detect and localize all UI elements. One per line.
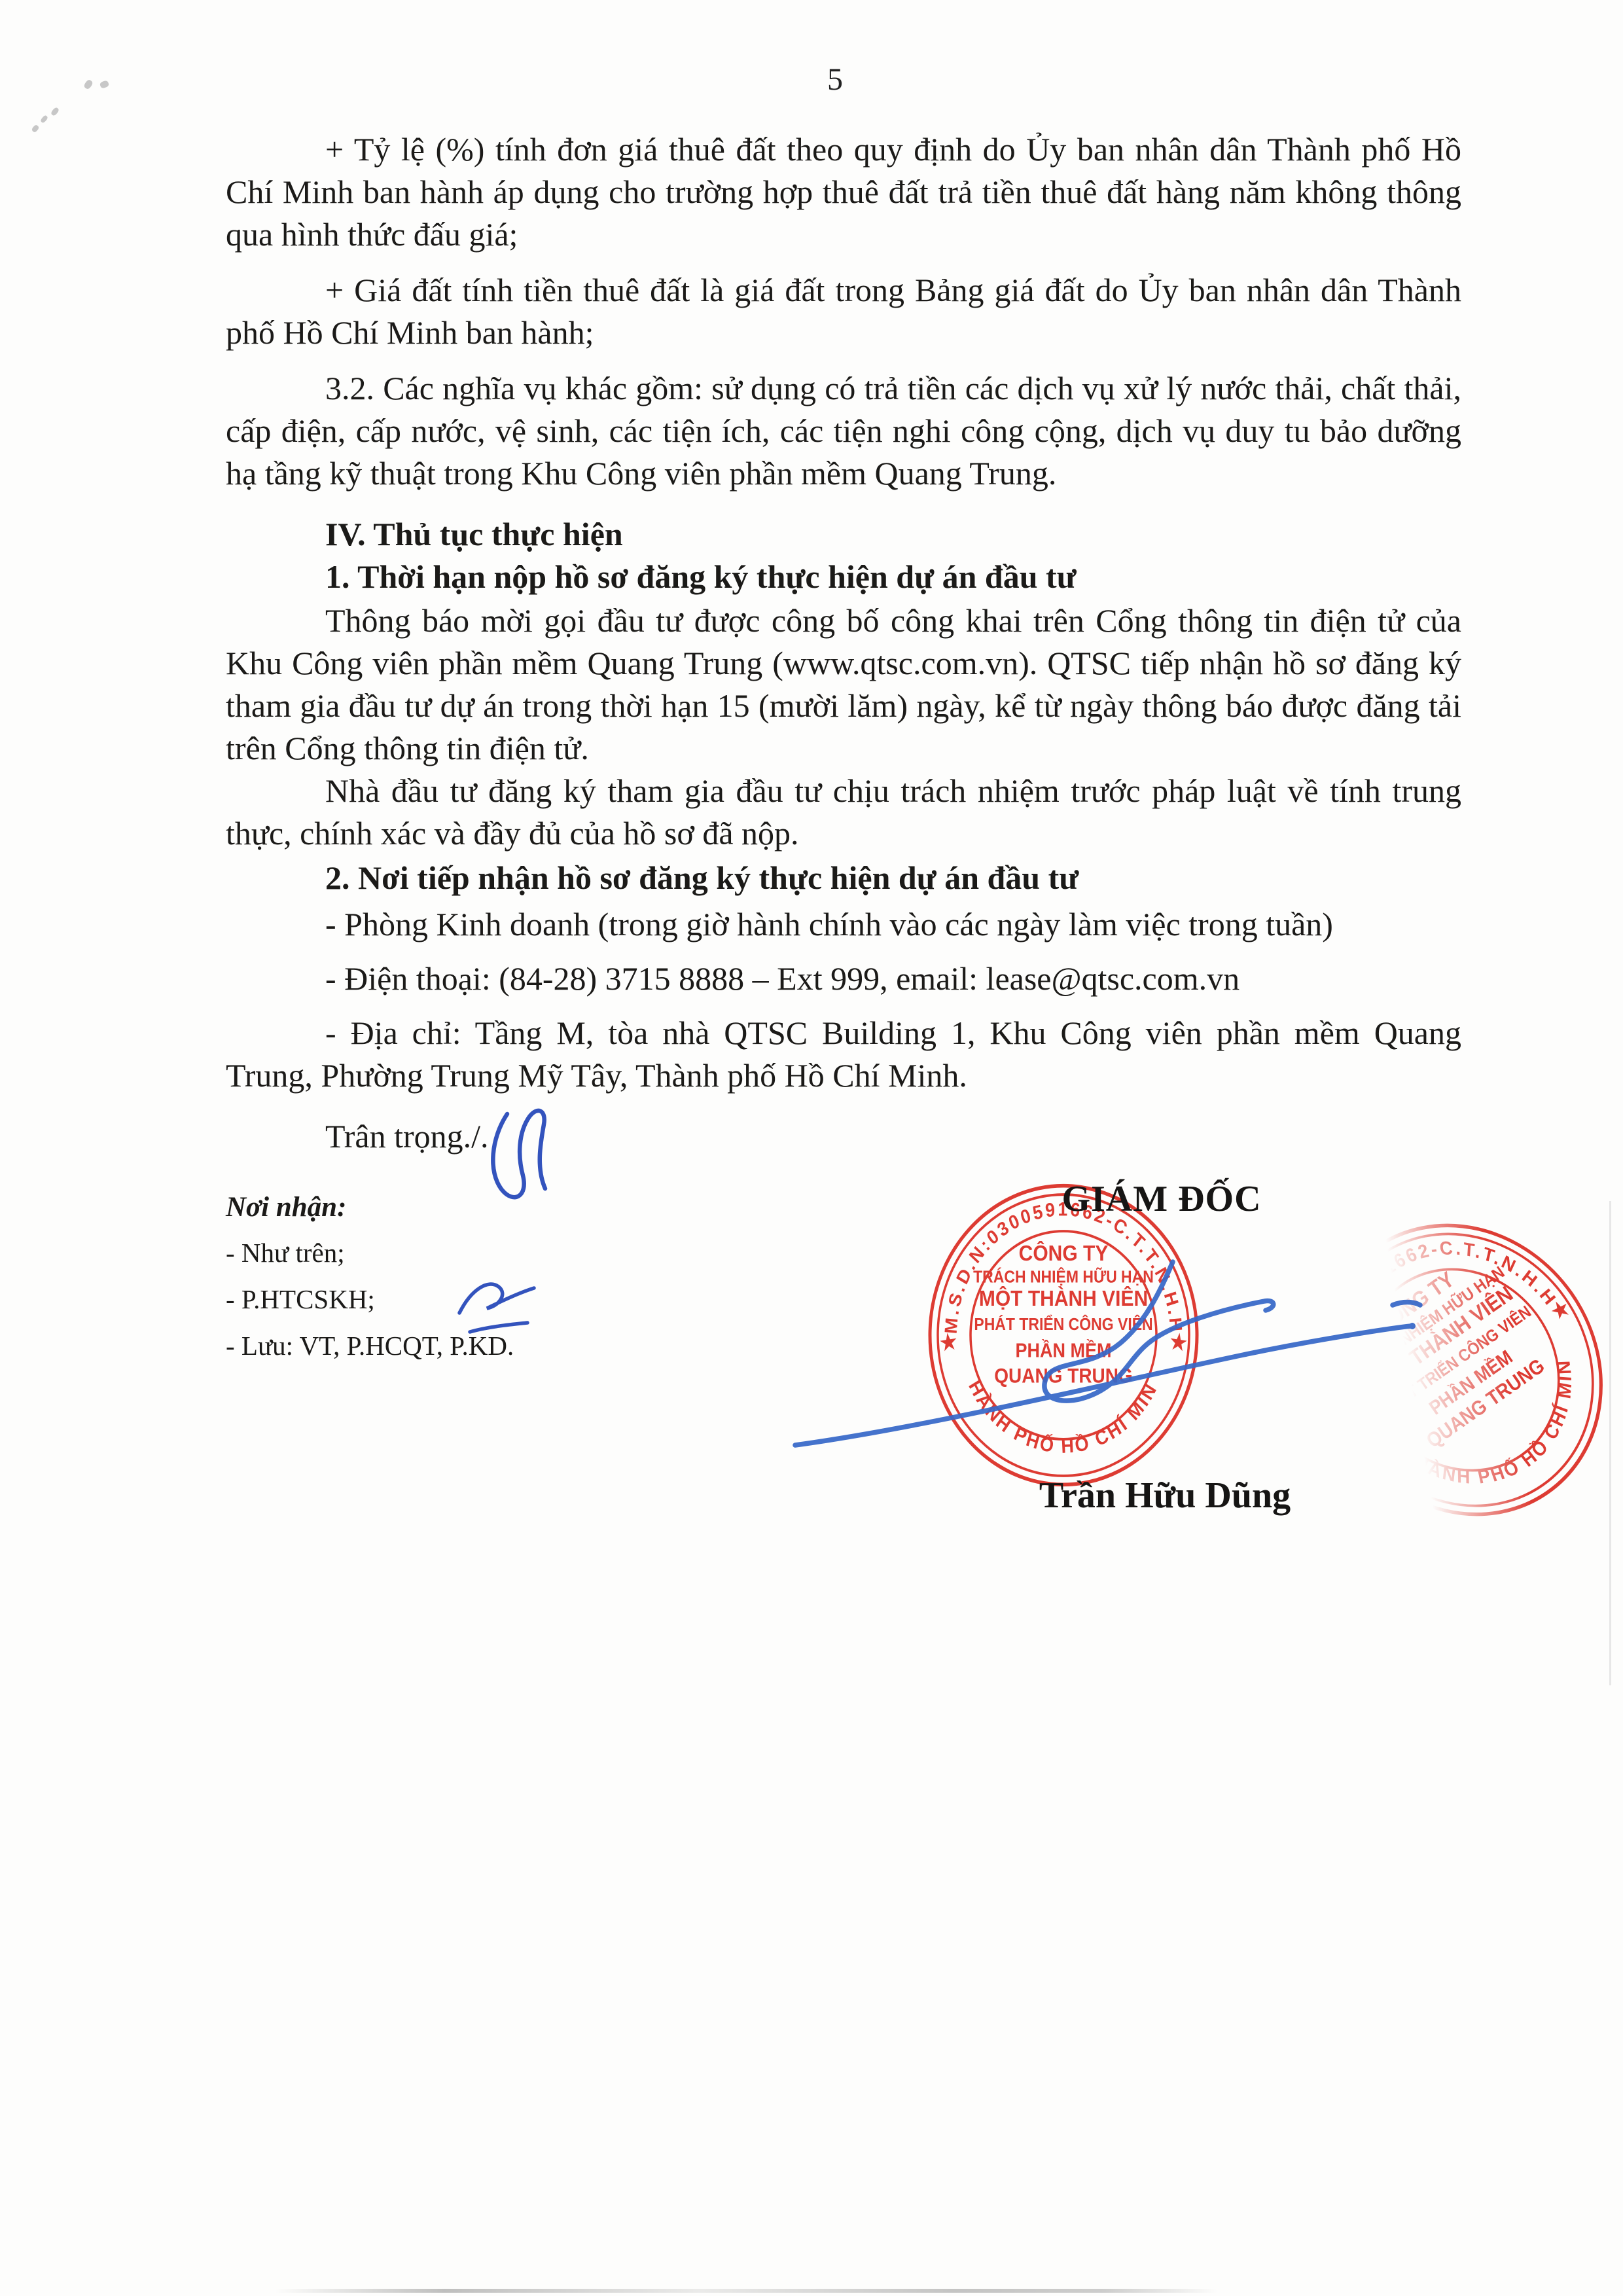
paragraph-other-obligations: 3.2. Các nghĩa vụ khác gồm: sử dụng có t… xyxy=(226,367,1461,495)
paragraph-land-price: + Giá đất tính tiền thuê đất là giá đất … xyxy=(226,269,1461,354)
section-heading-iv: IV. Thủ tục thực hiện xyxy=(226,513,1461,556)
subsection-heading-1: 1. Thời hạn nộp hồ sơ đăng ký thực hiện … xyxy=(226,556,1461,598)
scanned-document-page: { "page_number": "5", "doc": { "paragrap… xyxy=(0,0,1623,2296)
subsection-heading-2: 2. Nơi tiếp nhận hồ sơ đăng ký thực hiện… xyxy=(226,857,1461,899)
signature-underline-stroke xyxy=(795,1326,1411,1445)
closing-paraph-scribble xyxy=(481,1105,573,1206)
item-sales-office: - Phòng Kinh doanh (trong giờ hành chính… xyxy=(226,903,1461,946)
signature-stroke-end-dot xyxy=(1409,1323,1416,1329)
scan-speck xyxy=(99,80,110,89)
handwritten-signature xyxy=(687,1230,1571,1512)
scan-speck xyxy=(40,115,48,124)
signer-name: Trần Hữu Dũng xyxy=(969,1475,1361,1516)
closing-salutation: Trân trọng./. xyxy=(226,1115,1461,1158)
scan-speck xyxy=(50,107,60,117)
paragraph-investor-responsibility: Nhà đầu tư đăng ký tham gia đầu tư chịu … xyxy=(226,770,1461,855)
signature-flourish-stroke xyxy=(1044,1262,1274,1401)
scan-speck xyxy=(31,124,39,134)
page-number: 5 xyxy=(770,62,901,98)
signer-title: GIÁM ĐỐC xyxy=(965,1178,1358,1220)
scan-bottom-smudge xyxy=(275,2289,1217,2293)
item-phone-email: - Điện thoại: (84-28) 3715 8888 – Ext 99… xyxy=(226,958,1461,1000)
scan-speck xyxy=(83,79,94,90)
signature-dash-stroke xyxy=(1393,1302,1420,1306)
clerk-initial-scribble xyxy=(450,1268,548,1340)
paragraph-rate: + Tỷ lệ (%) tính đơn giá thuê đất theo q… xyxy=(226,128,1461,256)
paragraph-announcement: Thông báo mời gọi đầu tư được công bố cô… xyxy=(226,600,1461,770)
document-body: + Tỷ lệ (%) tính đơn giá thuê đất theo q… xyxy=(226,128,1461,1158)
item-address: - Địa chỉ: Tầng M, tòa nhà QTSC Building… xyxy=(226,1012,1461,1097)
